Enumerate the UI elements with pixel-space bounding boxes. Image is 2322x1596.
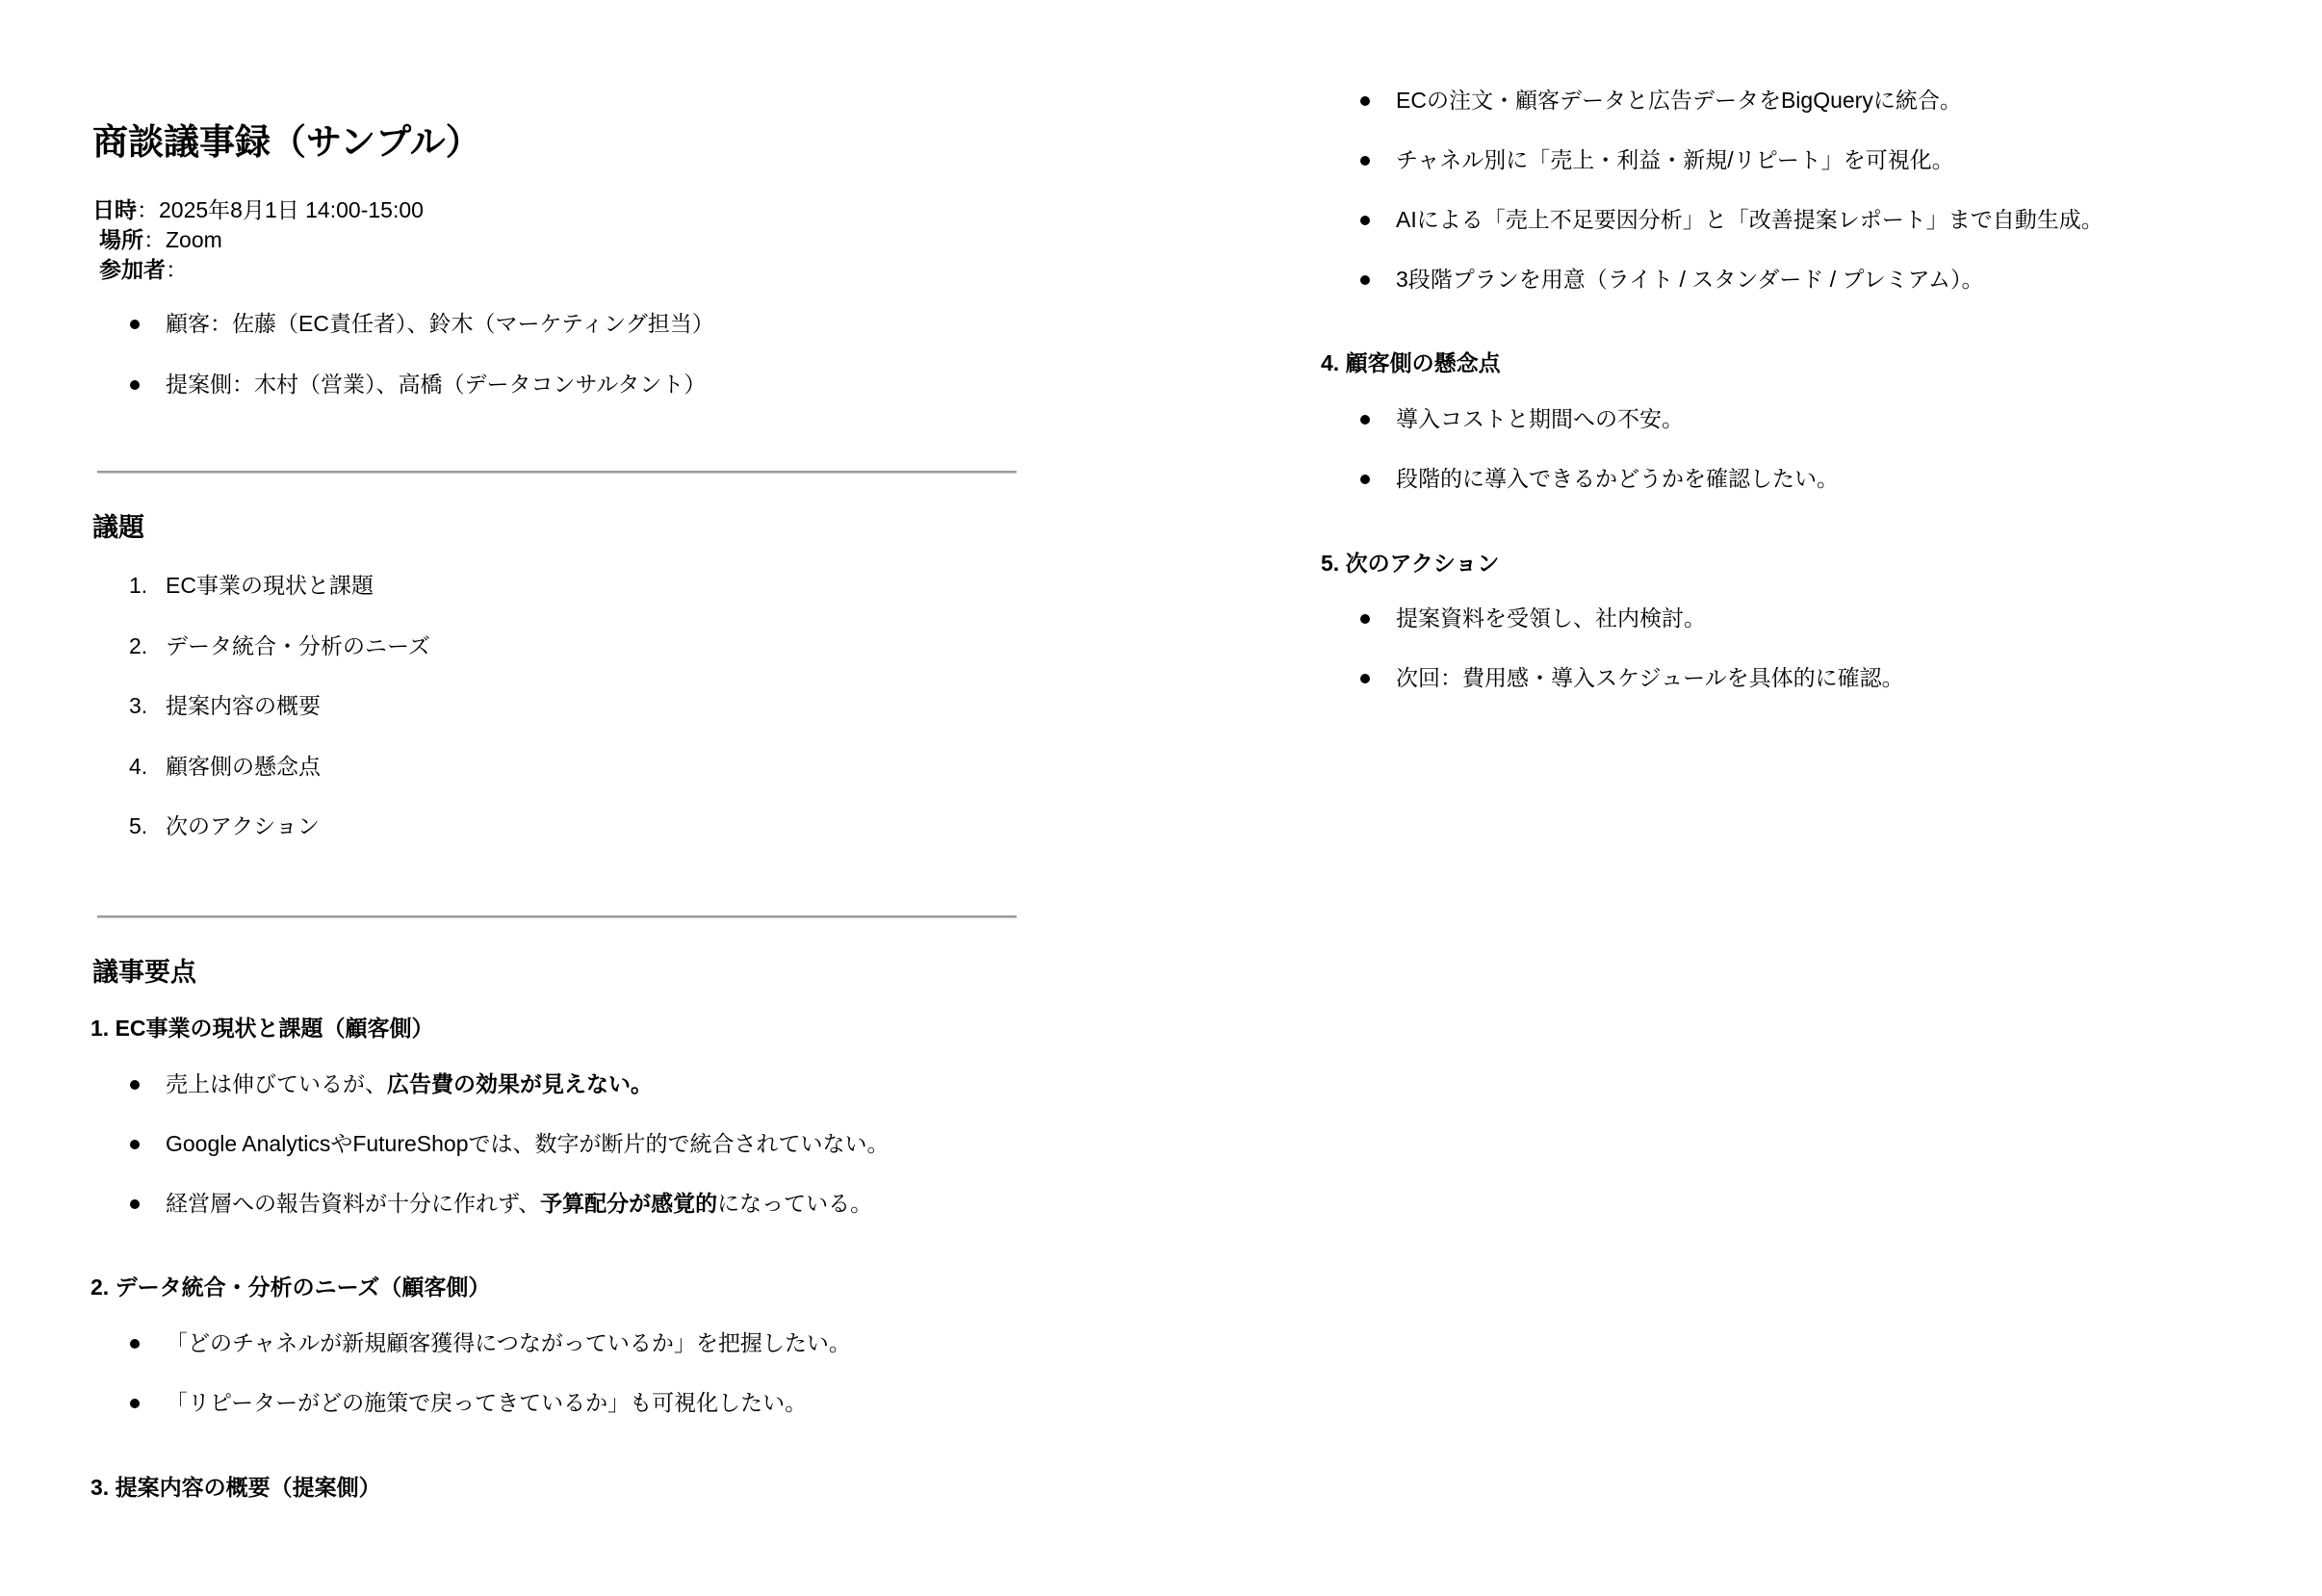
agenda-item-text: EC事業の現状と課題 (166, 573, 374, 598)
section-heading: 2. データ統合・分析のニーズ（顧客側） (90, 1276, 490, 1299)
list-number: 5. (129, 815, 147, 837)
agenda-item: 5. 次のアクション (166, 815, 320, 837)
agenda-item: 1. EC事業の現状と課題 (166, 575, 374, 597)
bullet-icon (130, 1080, 140, 1090)
text: AIによる「売上不足要因分析」と「改善提案レポート」まで自動生成。 (1396, 207, 2103, 232)
bullet-icon (130, 1399, 140, 1408)
text: 提案資料を受領し、社内検討。 (1396, 605, 1706, 631)
list-item: AIによる「売上不足要因分析」と「改善提案レポート」まで自動生成。 (1396, 209, 2103, 231)
bullet-icon (1360, 156, 1370, 166)
emphasis-text: 予算配分が感覚的 (540, 1191, 717, 1216)
list-number: 3. (129, 695, 147, 717)
divider (97, 915, 1017, 918)
agenda-item-text: 顧客側の懸念点 (166, 754, 321, 779)
agenda-item: 3. 提案内容の概要 (166, 695, 321, 717)
list-item: ECの注文・顧客データと広告データをBigQueryに統合。 (1396, 90, 1962, 112)
bullet-icon (1360, 475, 1370, 484)
agenda-item-text: データ統合・分析のニーズ (166, 633, 430, 658)
list-item: 導入コストと期間への不安。 (1396, 408, 1684, 430)
text: になっている。 (717, 1191, 872, 1216)
text: 経営層への報告資料が十分に作れず、 (166, 1191, 540, 1216)
meta-place: 場所：Zoom (99, 229, 222, 251)
list-item: 次回：費用感・導入スケジュールを具体的に確認。 (1396, 667, 1904, 689)
meta-participants-label: 参加者 (99, 257, 166, 282)
section-heading: 1. EC事業の現状と課題（顧客側） (90, 1017, 434, 1040)
list-item: 「どのチャネルが新規顧客獲得につながっているか」を把握したい。 (166, 1332, 851, 1354)
text: ECの注文・顧客データと広告データをBigQueryに統合。 (1396, 88, 1962, 113)
bullet-icon (1360, 96, 1370, 106)
document-title: 商談議事録（サンプル） (92, 124, 481, 160)
text: 「どのチャネルが新規顧客獲得につながっているか」を把握したい。 (166, 1330, 851, 1355)
list-item: 経営層への報告資料が十分に作れず、予算配分が感覚的になっている。 (166, 1193, 872, 1215)
divider (97, 471, 1017, 474)
bullet-icon (130, 320, 140, 329)
minutes-heading: 議事要点 (92, 960, 196, 986)
emphasis-text: 広告費の効果が見えない。 (387, 1071, 653, 1096)
list-item: 3段階プランを用意（ライト / スタンダード / プレミアム）。 (1396, 269, 1984, 291)
text: 3段階プランを用意（ライト / スタンダード / プレミアム）。 (1396, 267, 1984, 292)
text: 売上は伸びているが、 (166, 1071, 387, 1096)
list-item: 「リピーターがどの施策で戻ってきているか」も可視化したい。 (166, 1392, 807, 1414)
participant-text: 提案側：木村（営業）、高橋（データコンサルタント） (166, 372, 706, 397)
agenda-item-text: 次のアクション (166, 813, 320, 838)
list-item: チャネル別に「売上・利益・新規/リピート」を可視化。 (1396, 149, 1954, 171)
meta-participants: 参加者： (99, 259, 188, 281)
meta-place-value: ：Zoom (143, 227, 222, 252)
text: チャネル別に「売上・利益・新規/リピート」を可視化。 (1396, 147, 1954, 172)
text: Google AnalyticsやFutureShopでは、数字が断片的で統合さ… (166, 1131, 890, 1156)
meta-date: 日時：2025年8月1日 14:00-15:00 (92, 199, 424, 221)
bullet-icon (1360, 614, 1370, 624)
list-item: 段階的に導入できるかどうかを確認したい。 (1396, 468, 1839, 490)
list-item: Google AnalyticsやFutureShopでは、数字が断片的で統合さ… (166, 1133, 890, 1155)
bullet-icon (130, 1140, 140, 1149)
bullet-icon (130, 380, 140, 390)
section-heading: 4. 顧客側の懸念点 (1321, 352, 1501, 374)
agenda-item: 2. データ統合・分析のニーズ (166, 635, 430, 657)
meta-place-label: 場所 (99, 227, 143, 252)
bullet-icon (130, 1199, 140, 1209)
bullet-icon (1360, 415, 1370, 425)
participant-item: 顧客：佐藤（EC責任者）、鈴木（マーケティング担当） (166, 313, 714, 335)
bullet-icon (1360, 275, 1370, 285)
meta-participants-value: ： (166, 257, 188, 282)
bullet-icon (130, 1339, 140, 1349)
list-number: 4. (129, 756, 147, 778)
text: 導入コストと期間への不安。 (1396, 406, 1684, 431)
section-heading: 5. 次のアクション (1321, 553, 1499, 575)
agenda-item: 4. 顧客側の懸念点 (166, 756, 321, 778)
section-heading: 3. 提案内容の概要（提案側） (90, 1477, 381, 1499)
participant-text: 顧客：佐藤（EC責任者）、鈴木（マーケティング担当） (166, 311, 714, 336)
agenda-heading: 議題 (92, 515, 144, 541)
text: 「リピーターがどの施策で戻ってきているか」も可視化したい。 (166, 1390, 807, 1415)
text: 段階的に導入できるかどうかを確認したい。 (1396, 466, 1839, 491)
participant-item: 提案側：木村（営業）、高橋（データコンサルタント） (166, 373, 706, 396)
bullet-icon (1360, 674, 1370, 683)
list-number: 1. (129, 575, 147, 597)
list-item: 提案資料を受領し、社内検討。 (1396, 607, 1706, 630)
agenda-item-text: 提案内容の概要 (166, 693, 321, 718)
text: 次回：費用感・導入スケジュールを具体的に確認。 (1396, 665, 1904, 690)
meta-date-value: ：2025年8月1日 14:00-15:00 (137, 197, 424, 222)
meta-date-label: 日時 (92, 197, 137, 222)
list-number: 2. (129, 635, 147, 657)
bullet-icon (1360, 216, 1370, 225)
list-item: 売上は伸びているが、広告費の効果が見えない。 (166, 1073, 653, 1095)
